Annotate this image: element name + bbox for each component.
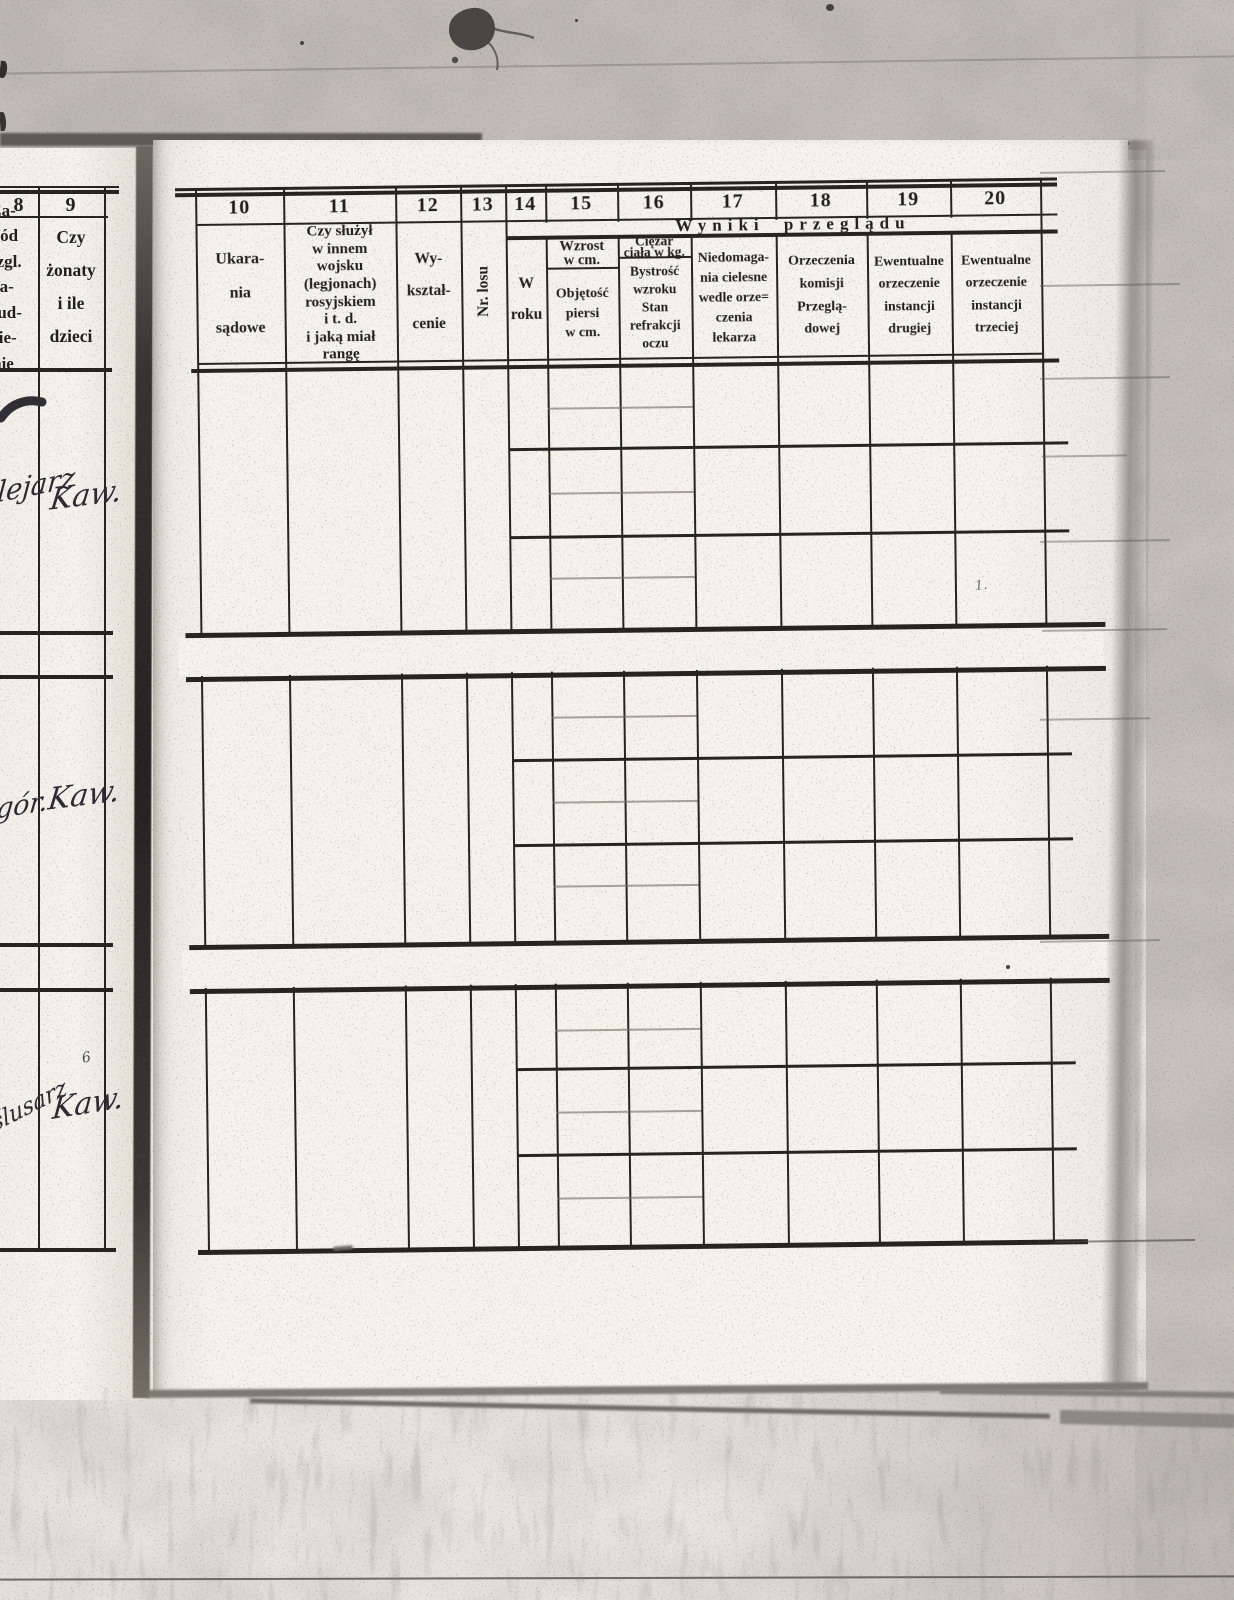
column-9-header: Czy żonaty i ile dzieci [38, 222, 104, 352]
ink-speck [575, 19, 578, 22]
book-gutter [133, 146, 153, 1398]
header-bottom-rule [0, 368, 112, 372]
stray-mark: 1. [974, 578, 988, 594]
entry-occupation: gór. [0, 785, 49, 825]
table-bottom-rule [198, 1239, 1088, 1255]
column-number-16: 16 [617, 191, 690, 218]
measure-line [508, 441, 1068, 450]
column-number-13: 13 [460, 193, 505, 220]
top-rule-thin [0, 186, 119, 188]
column-number-17: 17 [690, 190, 775, 217]
register-table: 10 11 12 13 14 15 16 17 18 19 20 Wyniki … [195, 178, 1053, 1253]
column-number-18: 18 [775, 189, 866, 216]
column-14-header: W roku [506, 240, 547, 359]
column-12-header: Wy- kształ- cenie [395, 223, 462, 361]
ink-speck [1006, 965, 1010, 969]
row-separator [0, 675, 113, 679]
column-number-11: 11 [283, 195, 395, 222]
scan-background-bottom [0, 1392, 1234, 1600]
column-13-header: Nr. losu [460, 222, 507, 360]
table-right-edge [1040, 178, 1055, 1240]
column-15-header-bottom: Objętość piersi w cm. [546, 271, 619, 357]
ink-speck [300, 41, 304, 45]
table-bottom-rule [0, 1248, 116, 1252]
column-20-header: Ewentualne orzeczenie instancji trzeciej [951, 234, 1042, 354]
row-separator [0, 943, 113, 947]
column-number-14: 14 [505, 193, 545, 219]
column-number-20: 20 [950, 187, 1040, 214]
measure-line [513, 837, 1073, 846]
measure-line [516, 1061, 1076, 1070]
right-page: 10 11 12 13 14 15 16 17 18 19 20 Wyniki … [153, 140, 1128, 1392]
scan-background-top [0, 0, 1234, 150]
column-number-10: 10 [195, 196, 283, 223]
ink-speck [826, 4, 834, 11]
column-18-header: Orzeczenia komisji Przeglą- dowej [776, 236, 868, 356]
measure-line [517, 1147, 1077, 1156]
column-16-header-top: Ciężar ciała w kg. [618, 235, 691, 257]
stray-digit: 6 [80, 1049, 92, 1067]
entry-marital-status: Kaw. [46, 773, 122, 818]
column-17-header: Niedomaga- nia cielesne wedle orze= czen… [691, 237, 777, 357]
scan-background-right [1146, 0, 1234, 1600]
measure-line [512, 752, 1072, 761]
column-11-header: Czy służył w innem wojsku (legjonach) ro… [283, 224, 397, 362]
column-15-subdivider [546, 267, 618, 270]
handwriting-flourish [0, 392, 48, 426]
column-19-header: Ewentualne orzeczenie instancji drugiej [867, 235, 952, 355]
row-separator [0, 988, 113, 992]
scanned-register-spread: 8 9 Za- wód wzgl. za- trud- nie- nie Czy… [0, 0, 1234, 1600]
column-10-header: Ukara- nia sądowe [195, 225, 285, 363]
column-number-15: 15 [545, 192, 617, 219]
ink-blot [430, 0, 560, 90]
left-page: 8 9 Za- wód wzgl. za- trud- nie- nie Czy… [0, 148, 140, 1400]
column-number-19: 19 [866, 188, 950, 215]
column-15-header-top: Wzrost w cm. [546, 239, 618, 268]
column-number-12: 12 [395, 194, 460, 221]
column-16-header-bottom: Bystrość wzroku Stan refrakcji oczu [618, 258, 692, 357]
left-page-table: 8 9 Za- wód wzgl. za- trud- nie- nie Czy… [0, 148, 140, 1400]
row-separator [0, 631, 113, 635]
column-13-header-rotated-text: Nr. losu [474, 265, 493, 316]
measure-line [509, 529, 1069, 538]
column-8-header: Za- wód wzgl. za- trud- nie- nie [0, 222, 36, 352]
